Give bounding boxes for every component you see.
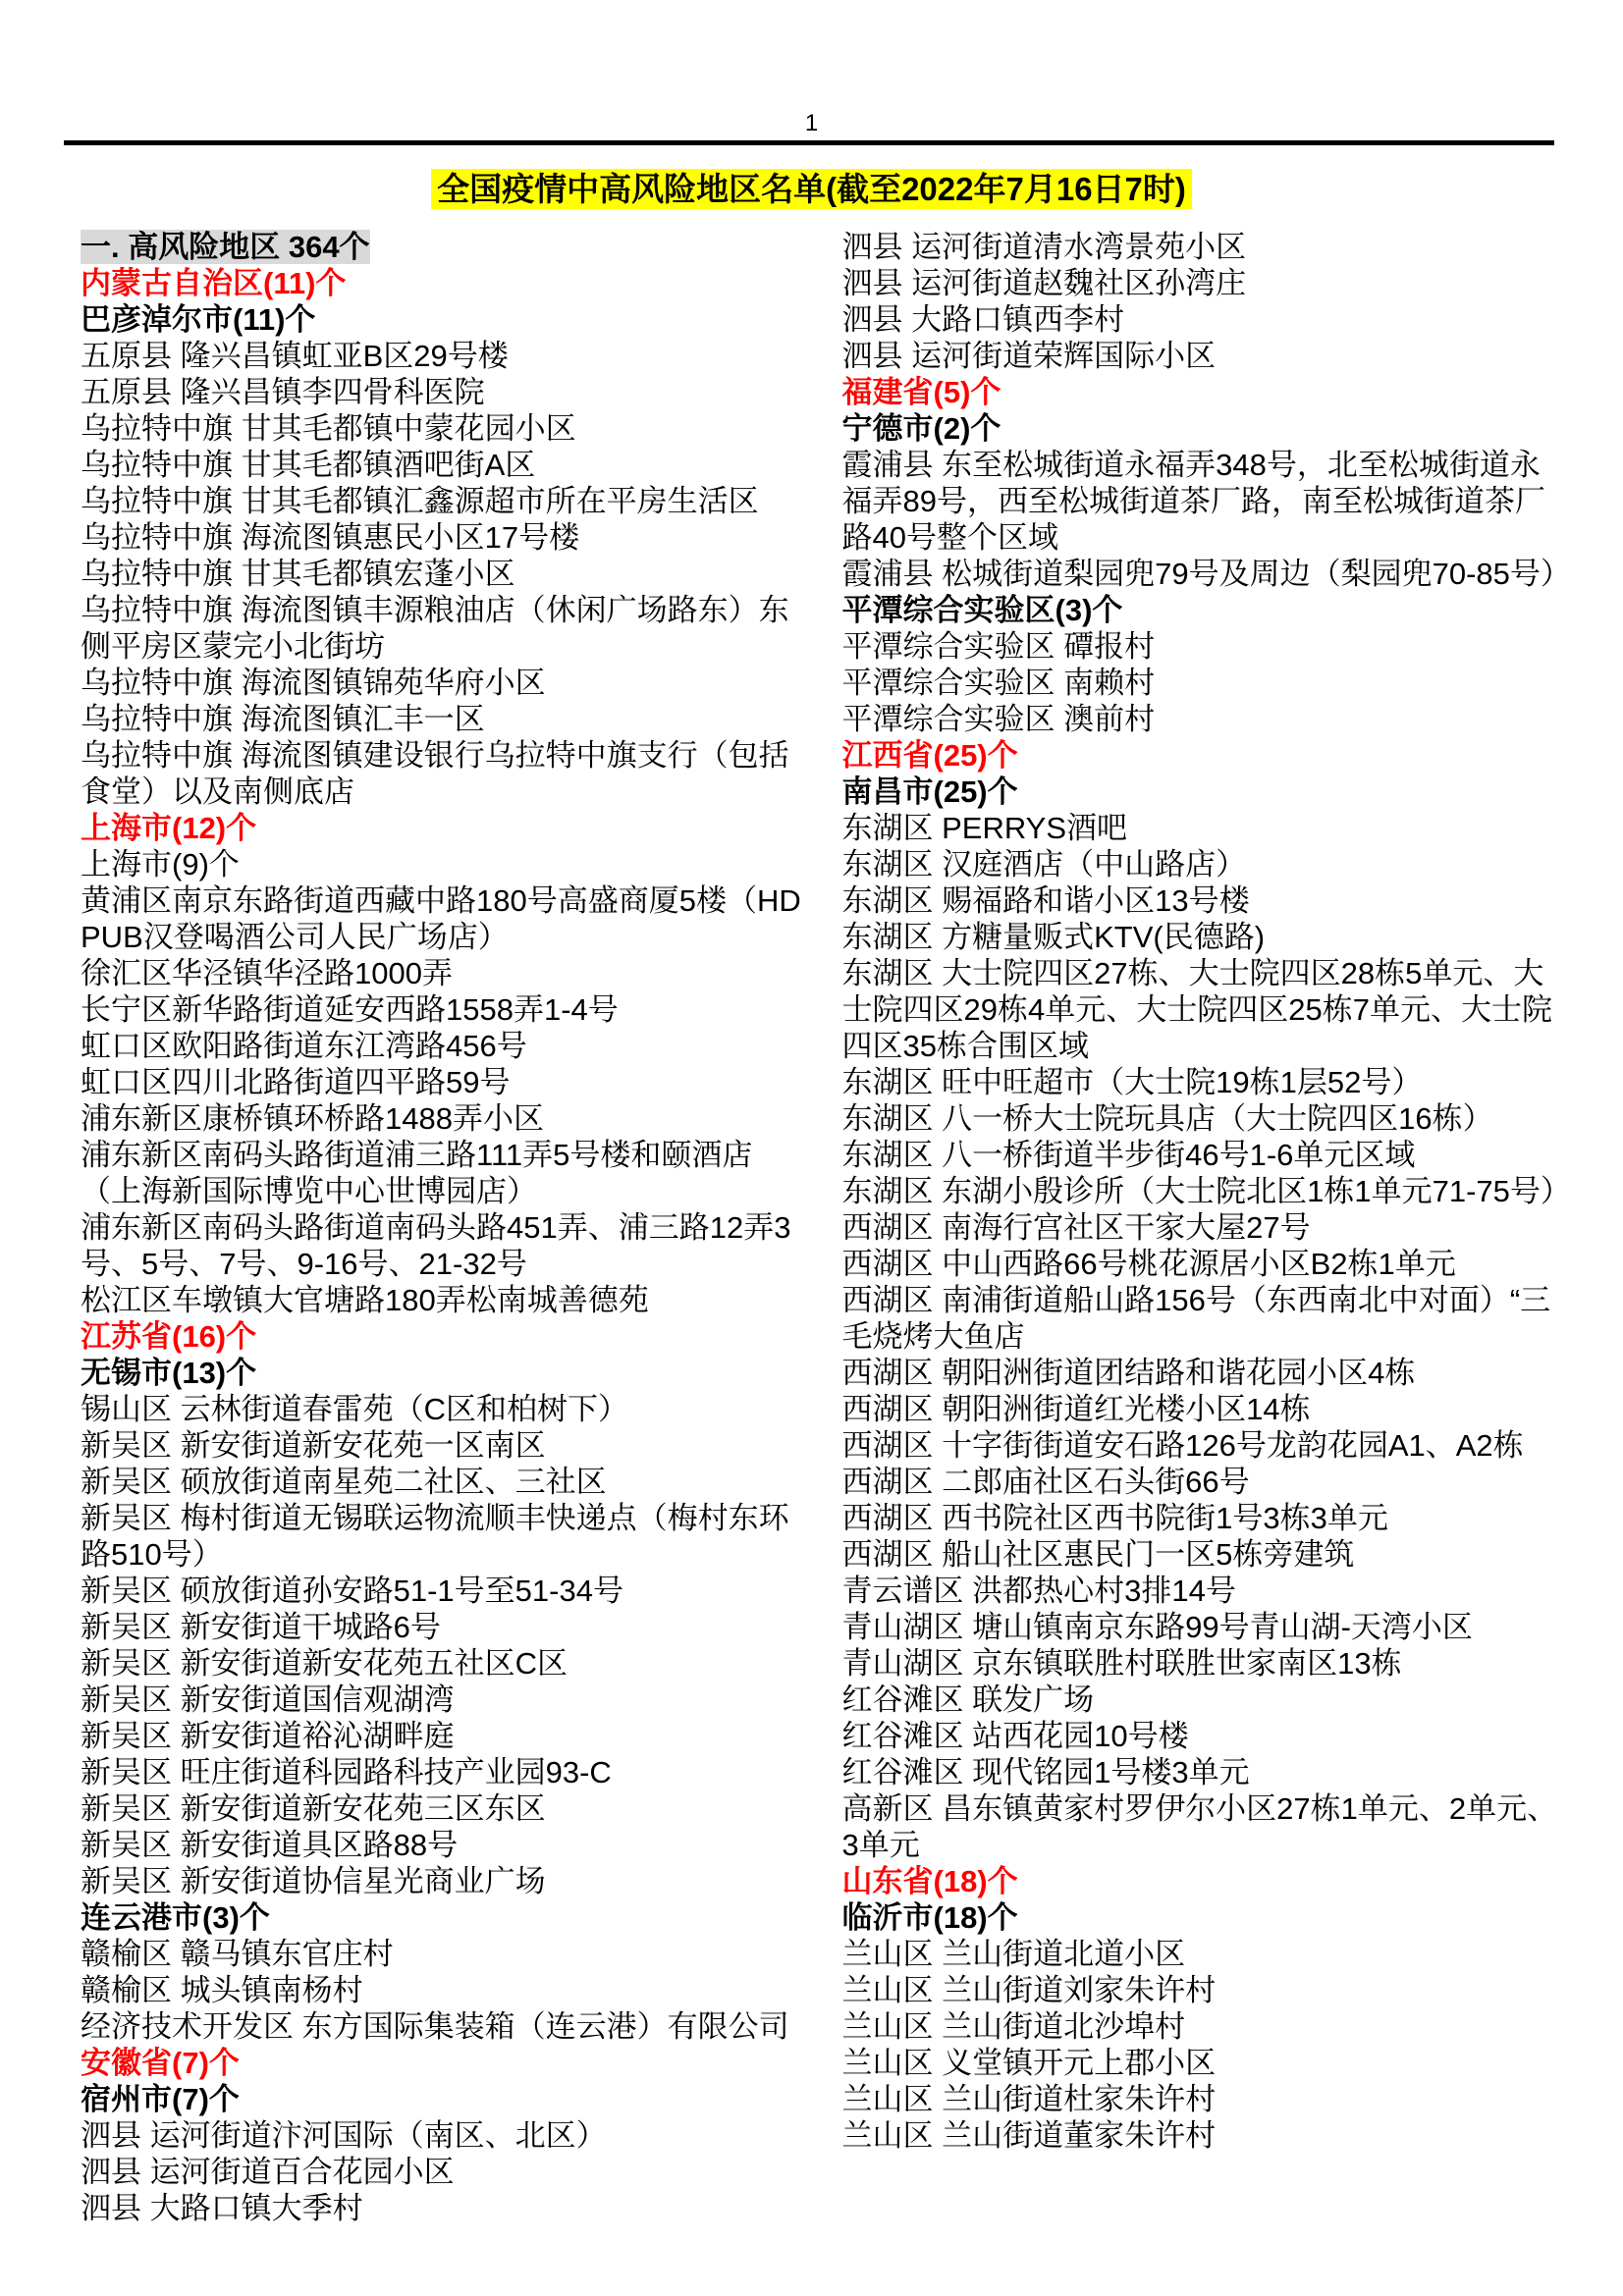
area-item: 虹口区欧阳路街道东江湾路456号 (81, 1028, 805, 1064)
area-item-text: 新吴区 硕放街道孙安路51-1号至51-34号 (81, 1574, 623, 1608)
area-item: 泗县 运河街道百合花园小区 (81, 2154, 805, 2190)
area-item: 泗县 运河街道汴河国际（南区、北区） (81, 2117, 805, 2154)
area-item: 乌拉特中旗 海流图镇丰源粮油店（休闲广场路东）东侧平房区蒙完小北街坊 (81, 592, 805, 665)
area-item: 徐汇区华泾镇华泾路1000弄 (81, 955, 805, 991)
area-item-text: 松江区车墩镇大官塘路180弄松南城善德苑 (81, 1283, 649, 1317)
area-item-text: 平潭综合实验区 磹报村 (842, 629, 1156, 664)
city-header-text: 无锡市(13)个 (81, 1356, 256, 1390)
province-header-text: 内蒙古自治区(11)个 (81, 266, 346, 300)
area-item-text: 乌拉特中旗 海流图镇丰源粮油店（休闲广场路东）东侧平房区蒙完小北街坊 (81, 593, 789, 664)
area-item-text: 乌拉特中旗 海流图镇惠民小区17号楼 (81, 520, 579, 555)
area-item-text: 青山湖区 塘山镇南京东路99号青山湖-天湾小区 (842, 1610, 1473, 1644)
area-item: 兰山区 义堂镇开元上郡小区 (842, 2045, 1567, 2081)
area-item-text: 乌拉特中旗 海流图镇汇丰一区 (81, 702, 485, 736)
area-item: 西湖区 朝阳洲街道红光楼小区14栋 (842, 1391, 1567, 1427)
area-item-text: 赣榆区 赣马镇东官庄村 (81, 1937, 394, 1971)
area-item-text: 泗县 运河街道汴河国际（南区、北区） (81, 2118, 607, 2153)
area-item-text: 泗县 运河街道赵魏社区孙湾庄 (842, 266, 1247, 300)
province-header: 山东省(18)个 (842, 1863, 1567, 1899)
area-item: 泗县 运河街道赵魏社区孙湾庄 (842, 265, 1567, 301)
document-title-highlight: 全国疫情中高风险地区名单(截至2022年7月16日7时) (431, 169, 1192, 209)
area-item-text: 长宁区新华路街道延安西路1558弄1-4号 (81, 992, 619, 1027)
area-item: 新吴区 新安街道具区路88号 (81, 1827, 805, 1863)
city-header: 宁德市(2)个 (842, 410, 1567, 447)
area-item: 西湖区 二郎庙社区石头街66号 (842, 1464, 1567, 1500)
area-item-text: 泗县 运河街道百合花园小区 (81, 2155, 455, 2189)
area-item: 新吴区 新安街道协信星光商业广场 (81, 1863, 805, 1899)
area-item-text: 红谷滩区 站西花园10号楼 (842, 1719, 1189, 1753)
area-item: 平潭综合实验区 磹报村 (842, 628, 1567, 665)
area-item: 泗县 运河街道荣辉国际小区 (842, 338, 1567, 374)
area-item-text: 兰山区 义堂镇开元上郡小区 (842, 2046, 1217, 2080)
city-header-text: 平潭综合实验区(3)个 (842, 593, 1123, 627)
area-item: 东湖区 八一桥大士院玩具店（大士院四区16栋） (842, 1100, 1567, 1137)
area-item: 兰山区 兰山街道杜家朱许村 (842, 2081, 1567, 2117)
city-header: 无锡市(13)个 (81, 1355, 805, 1391)
area-item-text: 泗县 运河街道清水湾景苑小区 (842, 230, 1247, 264)
area-item: 红谷滩区 现代铭园1号楼3单元 (842, 1754, 1567, 1790)
area-item: 青山湖区 京东镇联胜村联胜世家南区13栋 (842, 1645, 1567, 1682)
area-item: 东湖区 大士院四区27栋、大士院四区28栋5单元、大士院四区29栋4单元、大士院… (842, 955, 1567, 1064)
area-item: 东湖区 方糖量贩式KTV(民德路) (842, 919, 1567, 955)
area-item: 东湖区 东湖小殷诊所（大士院北区1栋1单元71-75号） (842, 1173, 1567, 1209)
area-item-text: 新吴区 新安街道新安花苑五社区C区 (81, 1646, 568, 1681)
area-item-text: 红谷滩区 联发广场 (842, 1682, 1095, 1717)
area-item-text: 东湖区 旺中旺超市（大士院19栋1层52号） (842, 1065, 1423, 1099)
area-item: 青山湖区 塘山镇南京东路99号青山湖-天湾小区 (842, 1609, 1567, 1645)
area-item-text: 青山湖区 京东镇联胜村联胜世家南区13栋 (842, 1646, 1402, 1681)
city-header: 临沂市(18)个 (842, 1899, 1567, 1936)
area-item-text: 乌拉特中旗 甘其毛都镇宏蓬小区 (81, 557, 515, 591)
area-item: 红谷滩区 联发广场 (842, 1682, 1567, 1718)
area-item-text: 新吴区 梅村街道无锡联运物流顺丰快递点（梅村东环路510号） (81, 1501, 789, 1572)
city-header-text: 宿州市(7)个 (81, 2082, 240, 2116)
area-item-text: 乌拉特中旗 甘其毛都镇汇鑫源超市所在平房生活区 (81, 484, 759, 518)
area-item: 兰山区 兰山街道刘家朱许村 (842, 1972, 1567, 2008)
area-item-text: 新吴区 新安街道干城路6号 (81, 1610, 441, 1644)
province-header-text: 安徽省(7)个 (81, 2046, 240, 2080)
province-header-text: 福建省(5)个 (842, 375, 1001, 409)
area-item: 泗县 大路口镇西李村 (842, 301, 1567, 338)
city-header: 宿州市(7)个 (81, 2081, 805, 2117)
area-item-text: 东湖区 东湖小殷诊所（大士院北区1栋1单元71-75号） (842, 1174, 1571, 1208)
area-item: 五原县 隆兴昌镇虹亚B区29号楼 (81, 338, 805, 374)
area-item-text: 赣榆区 城头镇南杨村 (81, 1973, 363, 2007)
city-header: 巴彦淖尔市(11)个 (81, 301, 805, 338)
area-item-text: 新吴区 旺庄街道科园路科技产业园93-C (81, 1755, 612, 1789)
area-item-text: 东湖区 八一桥大士院玩具店（大士院四区16栋） (842, 1101, 1493, 1136)
area-item-text: 西湖区 中山西路66号桃花源居小区B2栋1单元 (842, 1247, 1456, 1281)
area-item-text: 兰山区 兰山街道北沙埠村 (842, 2009, 1186, 2044)
area-item: 西湖区 十字街街道安石路126号龙韵花园A1、A2栋 (842, 1427, 1567, 1464)
area-item: 浦东新区南码头路街道南码头路451弄、浦三路12弄3号、5号、7号、9-16号、… (81, 1209, 805, 1282)
area-item: 泗县 大路口镇大季村 (81, 2190, 805, 2226)
area-item: 西湖区 西书院社区西书院街1号3栋3单元 (842, 1500, 1567, 1536)
section-header-text: 一. 高风险地区 364个 (81, 230, 370, 264)
section-header: 一. 高风险地区 364个 (81, 229, 805, 265)
area-item: 虹口区四川北路街道四平路59号 (81, 1064, 805, 1100)
area-item-text: 新吴区 新安街道新安花苑一区南区 (81, 1428, 546, 1463)
area-item: 霞浦县 东至松城街道永福弄348号，北至松城街道永福弄89号，西至松城街道茶厂路… (842, 447, 1567, 556)
area-item: 西湖区 船山社区惠民门一区5栋旁建筑 (842, 1536, 1567, 1573)
two-column-body: 一. 高风险地区 364个内蒙古自治区(11)个巴彦淖尔市(11)个五原县 隆兴… (81, 229, 1566, 2226)
area-item-text: 新吴区 新安街道国信观湖湾 (81, 1682, 455, 1717)
area-item-text: 西湖区 南海行宫社区干家大屋27号 (842, 1210, 1311, 1245)
area-item: 黄浦区南京东路街道西藏中路180号高盛商厦5楼（HDPUB汉登喝酒公司人民广场店… (81, 882, 805, 955)
province-header: 内蒙古自治区(11)个 (81, 265, 805, 301)
area-item-text: 徐汇区华泾镇华泾路1000弄 (81, 956, 453, 990)
area-item-text: 东湖区 汉庭酒店（中山路店） (842, 847, 1247, 881)
province-header: 安徽省(7)个 (81, 2045, 805, 2081)
area-item: 锡山区 云林街道春雷苑（C区和柏树下） (81, 1391, 805, 1427)
area-item-text: 浦东新区南码头路街道南码头路451弄、浦三路12弄3号、5号、7号、9-16号、… (81, 1210, 790, 1281)
area-item-text: 东湖区 方糖量贩式KTV(民德路) (842, 920, 1266, 954)
area-item-text: 兰山区 兰山街道杜家朱许村 (842, 2082, 1217, 2116)
area-item-text: 浦东新区南码头路街道浦三路111弄5号楼和颐酒店（上海新国际博览中心世博园店） (81, 1138, 752, 1208)
area-item-text: 泗县 大路口镇西李村 (842, 302, 1125, 337)
area-item-text: 新吴区 新安街道具区路88号 (81, 1828, 458, 1862)
city-header: 平潭综合实验区(3)个 (842, 592, 1567, 628)
area-item: 五原县 隆兴昌镇李四骨科医院 (81, 374, 805, 410)
province-header-text: 山东省(18)个 (842, 1864, 1018, 1898)
page-number: 1 (0, 110, 1623, 137)
area-item: 平潭综合实验区 澳前村 (842, 701, 1567, 737)
area-item-text: 乌拉特中旗 甘其毛都镇中蒙花园小区 (81, 411, 576, 446)
city-header-text: 巴彦淖尔市(11)个 (81, 302, 315, 337)
city-header: 南昌市(25)个 (842, 774, 1567, 810)
area-item: 松江区车墩镇大官塘路180弄松南城善德苑 (81, 1282, 805, 1318)
area-item: 新吴区 新安街道裕沁湖畔庭 (81, 1718, 805, 1754)
area-item-text: 虹口区四川北路街道四平路59号 (81, 1065, 510, 1099)
city-header: 连云港市(3)个 (81, 1899, 805, 1936)
area-item-text: 经济技术开发区 东方国际集装箱（连云港）有限公司 (81, 2009, 789, 2044)
area-item: 浦东新区康桥镇环桥路1488弄小区 (81, 1100, 805, 1137)
area-item-text: 泗县 大路口镇大季村 (81, 2191, 363, 2225)
area-item: 东湖区 赐福路和谐小区13号楼 (842, 882, 1567, 919)
area-item: 乌拉特中旗 甘其毛都镇酒吧街A区 (81, 447, 805, 483)
area-item: 东湖区 旺中旺超市（大士院19栋1层52号） (842, 1064, 1567, 1100)
area-item: 兰山区 兰山街道北沙埠村 (842, 2008, 1567, 2045)
area-item-text: 浦东新区康桥镇环桥路1488弄小区 (81, 1101, 544, 1136)
area-item: 西湖区 朝阳洲街道团结路和谐花园小区4栋 (842, 1355, 1567, 1391)
area-item-text: 西湖区 朝阳洲街道红光楼小区14栋 (842, 1392, 1311, 1426)
area-item-text: 乌拉特中旗 海流图镇建设银行乌拉特中旗支行（包括食堂）以及南侧底店 (81, 738, 789, 809)
city-header-text: 临沂市(18)个 (842, 1900, 1018, 1935)
area-item: 乌拉特中旗 甘其毛都镇中蒙花园小区 (81, 410, 805, 447)
area-item-text: 霞浦县 松城街道梨园兜79号及周边（梨园兜70-85号） (842, 557, 1571, 591)
area-item-text: 青云谱区 洪都热心村3排14号 (842, 1574, 1236, 1608)
area-item: 赣榆区 城头镇南杨村 (81, 1972, 805, 2008)
area-item: 新吴区 硕放街道孙安路51-1号至51-34号 (81, 1573, 805, 1609)
area-item: 新吴区 新安街道新安花苑五社区C区 (81, 1645, 805, 1682)
area-item-text: 西湖区 南浦街道船山路156号（东西南北中对面）“三毛烧烤大鱼店 (842, 1283, 1551, 1354)
area-item: 东湖区 八一桥街道半步街46号1-6单元区域 (842, 1137, 1567, 1173)
province-header-text: 江苏省(16)个 (81, 1319, 256, 1354)
area-item: 东湖区 汉庭酒店（中山路店） (842, 846, 1567, 882)
city-header-text: 连云港市(3)个 (81, 1900, 270, 1935)
area-item-text: 虹口区欧阳路街道东江湾路456号 (81, 1029, 527, 1063)
area-item-text: 西湖区 十字街街道安石路126号龙韵花园A1、A2栋 (842, 1428, 1524, 1463)
area-item: 新吴区 新安街道新安花苑一区南区 (81, 1427, 805, 1464)
area-item: 新吴区 旺庄街道科园路科技产业园93-C (81, 1754, 805, 1790)
area-item-text: 东湖区 八一桥街道半步街46号1-6单元区域 (842, 1138, 1416, 1172)
area-item-text: 黄浦区南京东路街道西藏中路180号高盛商厦5楼（HDPUB汉登喝酒公司人民广场店… (81, 883, 801, 954)
area-item: 赣榆区 赣马镇东官庄村 (81, 1936, 805, 1972)
area-item: 乌拉特中旗 海流图镇汇丰一区 (81, 701, 805, 737)
area-item: 浦东新区南码头路街道浦三路111弄5号楼和颐酒店（上海新国际博览中心世博园店） (81, 1137, 805, 1209)
area-item-text: 西湖区 西书院社区西书院街1号3栋3单元 (842, 1501, 1388, 1535)
document-title: 全国疫情中高风险地区名单(截至2022年7月16日7时) (0, 167, 1623, 212)
area-item-text: 西湖区 朝阳洲街道团结路和谐花园小区4栋 (842, 1356, 1416, 1390)
area-item-text: 兰山区 兰山街道刘家朱许村 (842, 1973, 1217, 2007)
area-item-text: 平潭综合实验区 澳前村 (842, 702, 1156, 736)
area-item-text: 东湖区 PERRYS酒吧 (842, 811, 1128, 845)
province-header: 江西省(25)个 (842, 737, 1567, 774)
province-header-text: 江西省(25)个 (842, 738, 1018, 773)
area-item: 红谷滩区 站西花园10号楼 (842, 1718, 1567, 1754)
area-item: 霞浦县 松城街道梨园兜79号及周边（梨园兜70-85号） (842, 556, 1567, 592)
area-item-text: 红谷滩区 现代铭园1号楼3单元 (842, 1755, 1250, 1789)
province-header: 上海市(12)个 (81, 810, 805, 846)
area-item: 乌拉特中旗 海流图镇建设银行乌拉特中旗支行（包括食堂）以及南侧底店 (81, 737, 805, 810)
area-item: 乌拉特中旗 甘其毛都镇汇鑫源超市所在平房生活区 (81, 483, 805, 519)
right-column: 泗县 运河街道清水湾景苑小区泗县 运河街道赵魏社区孙湾庄泗县 大路口镇西李村泗县… (842, 229, 1567, 2154)
area-item: 泗县 运河街道清水湾景苑小区 (842, 229, 1567, 265)
area-item: 新吴区 新安街道干城路6号 (81, 1609, 805, 1645)
area-item-text: 东湖区 赐福路和谐小区13号楼 (842, 883, 1250, 918)
area-item: 平潭综合实验区 南赖村 (842, 665, 1567, 701)
area-item-text: 东湖区 大士院四区27栋、大士院四区28栋5单元、大士院四区29栋4单元、大士院… (842, 956, 1552, 1063)
area-item: 长宁区新华路街道延安西路1558弄1-4号 (81, 991, 805, 1028)
area-item: 兰山区 兰山街道董家朱许村 (842, 2117, 1567, 2154)
area-item-text: 新吴区 新安街道新安花苑三区东区 (81, 1791, 546, 1826)
province-header: 江苏省(16)个 (81, 1318, 805, 1355)
area-item-text: 新吴区 硕放街道南星苑二社区、三社区 (81, 1465, 607, 1499)
city-header-text: 宁德市(2)个 (842, 411, 1001, 446)
area-item: 上海市(9)个 (81, 846, 805, 882)
area-item-text: 乌拉特中旗 甘其毛都镇酒吧街A区 (81, 448, 535, 482)
area-item: 乌拉特中旗 海流图镇惠民小区17号楼 (81, 519, 805, 556)
header-rule (64, 140, 1554, 145)
area-item-text: 五原县 隆兴昌镇虹亚B区29号楼 (81, 339, 509, 373)
city-header-text: 南昌市(25)个 (842, 774, 1018, 809)
area-item: 青云谱区 洪都热心村3排14号 (842, 1573, 1567, 1609)
area-item: 新吴区 新安街道国信观湖湾 (81, 1682, 805, 1718)
area-item: 东湖区 PERRYS酒吧 (842, 810, 1567, 846)
province-header: 福建省(5)个 (842, 374, 1567, 410)
area-item-text: 新吴区 新安街道裕沁湖畔庭 (81, 1719, 455, 1753)
area-item: 乌拉特中旗 甘其毛都镇宏蓬小区 (81, 556, 805, 592)
area-item-text: 乌拉特中旗 海流图镇锦苑华府小区 (81, 666, 546, 700)
area-item-text: 新吴区 新安街道协信星光商业广场 (81, 1864, 546, 1898)
area-item: 新吴区 硕放街道南星苑二社区、三社区 (81, 1464, 805, 1500)
area-item: 西湖区 南浦街道船山路156号（东西南北中对面）“三毛烧烤大鱼店 (842, 1282, 1567, 1355)
area-item-text: 霞浦县 东至松城街道永福弄348号，北至松城街道永福弄89号，西至松城街道茶厂路… (842, 448, 1545, 555)
area-item-text: 西湖区 二郎庙社区石头街66号 (842, 1465, 1250, 1499)
area-item-text: 泗县 运河街道荣辉国际小区 (842, 339, 1217, 373)
area-item: 西湖区 中山西路66号桃花源居小区B2栋1单元 (842, 1246, 1567, 1282)
area-item-text: 兰山区 兰山街道北道小区 (842, 1937, 1186, 1971)
area-item-text: 兰山区 兰山街道董家朱许村 (842, 2118, 1217, 2153)
area-item: 高新区 昌东镇黄家村罗伊尔小区27栋1单元、2单元、3单元 (842, 1790, 1567, 1863)
area-item: 新吴区 新安街道新安花苑三区东区 (81, 1790, 805, 1827)
area-item-text: 高新区 昌东镇黄家村罗伊尔小区27栋1单元、2单元、3单元 (842, 1791, 1558, 1862)
area-item: 兰山区 兰山街道北道小区 (842, 1936, 1567, 1972)
area-item-text: 锡山区 云林街道春雷苑（C区和柏树下） (81, 1392, 628, 1426)
area-item-text: 平潭综合实验区 南赖村 (842, 666, 1156, 700)
area-item: 经济技术开发区 东方国际集装箱（连云港）有限公司 (81, 2008, 805, 2045)
area-item-text: 上海市(9)个 (81, 847, 240, 881)
left-column: 一. 高风险地区 364个内蒙古自治区(11)个巴彦淖尔市(11)个五原县 隆兴… (81, 229, 805, 2226)
area-item: 新吴区 梅村街道无锡联运物流顺丰快递点（梅村东环路510号） (81, 1500, 805, 1573)
document-page: 1 全国疫情中高风险地区名单(截至2022年7月16日7时) 一. 高风险地区 … (0, 0, 1623, 2296)
area-item-text: 五原县 隆兴昌镇李四骨科医院 (81, 375, 485, 409)
area-item: 乌拉特中旗 海流图镇锦苑华府小区 (81, 665, 805, 701)
area-item: 西湖区 南海行宫社区干家大屋27号 (842, 1209, 1567, 1246)
province-header-text: 上海市(12)个 (81, 811, 256, 845)
area-item-text: 西湖区 船山社区惠民门一区5栋旁建筑 (842, 1537, 1355, 1572)
